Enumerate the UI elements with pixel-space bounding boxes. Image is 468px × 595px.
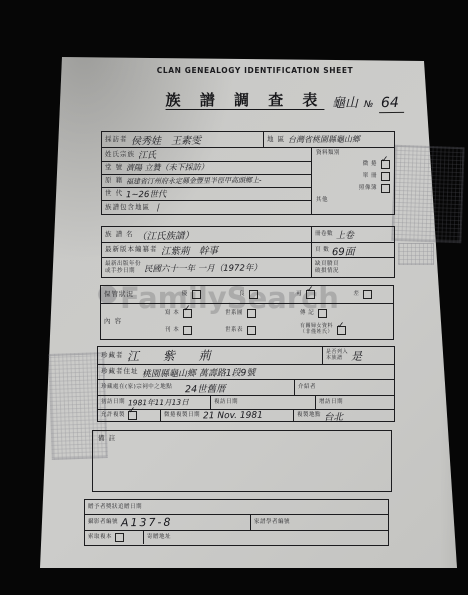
keeper-name-cell: 珍藏者 江 紫 荊	[98, 347, 322, 364]
origin-value: 福建省汀州府永定縣金豐里半徑甲高頭鄉上-	[126, 175, 262, 186]
included-label-line2: 本族譜	[326, 356, 348, 362]
keeper-location-value: 24世舊厝	[185, 380, 226, 394]
keeper-table: 珍藏者 江 紫 荊 是否列入 本族譜 是 珍藏者住址 桃園縣龜山鄉 萬壽路1段9…	[97, 346, 395, 422]
keeper-location-cell: 珍藏處在(家)宗祠中之地點 24世舊厝	[98, 380, 294, 395]
genealogy-title-value: （江氏族譜）	[137, 227, 194, 242]
coverage-label: 族譜包含地區	[105, 204, 150, 211]
sheet-no-value: 64	[379, 95, 404, 113]
area-value: 台灣省桃園縣龜山鄉	[288, 134, 360, 146]
checkmark-icon: ✓	[337, 321, 345, 331]
volumes-cell: 冊卷數 上卷	[312, 227, 394, 242]
compiler-value: 江紫荊 幹事	[160, 243, 217, 258]
biography-label: 傳 記	[300, 310, 314, 316]
copy-request-checkbox	[115, 533, 124, 542]
compiler-label: 最新版本編纂者	[105, 246, 158, 253]
coverage-value: 丨	[153, 201, 162, 214]
award-row: 贈予者獎狀追贈日期	[85, 500, 388, 514]
excellent-label: 優	[182, 291, 188, 297]
additional-visit-label: 增訪日期	[319, 399, 343, 405]
material-label: 資料類別	[316, 150, 390, 156]
condition-poor: 差	[353, 290, 372, 299]
filming-date-value: 21 Nov. 1981	[203, 410, 263, 421]
genealogy-title-label: 族 譜 名	[105, 231, 134, 238]
photo-album-label: 照像簿	[359, 185, 377, 191]
copy-request-cell: 索取複本	[85, 531, 143, 544]
remarks-box: 備 註	[92, 430, 392, 492]
volumes-label: 冊卷數	[315, 231, 333, 237]
area-cell: 地 區 台灣省桃園縣龜山鄉	[263, 132, 394, 147]
content-row: 內 容 寫 本 ✓ 世系圖 傳 記 刊 本	[101, 303, 393, 339]
permission-checkbox: ✓	[128, 411, 137, 420]
genealogy-title-cell: 族 譜 名 （江氏族譜）	[102, 227, 311, 242]
content-label-cell: 內 容	[101, 304, 161, 339]
revisit-label: 複訪日期	[214, 399, 238, 405]
checkmark-icon: ✓	[381, 155, 389, 165]
award-cell: 贈予者獎狀追贈日期	[85, 500, 388, 514]
condition-excellent: 優	[182, 290, 201, 299]
single-volume-checkbox	[381, 172, 390, 181]
interviewer-label: 採訪者	[105, 136, 128, 143]
coverage-cell: 族譜包含地區 丨	[102, 200, 311, 214]
hall-label: 堂 號	[105, 164, 123, 171]
keeper-location-label: 珍藏處在(家)宗祠中之地點	[101, 384, 172, 390]
photo-album-checkbox	[381, 184, 390, 193]
filming-row: 允許複製 ✓ 微捲複製日期 21 Nov. 1981 複製地點 台北	[98, 409, 394, 421]
filming-date-label: 微捲複製日期	[164, 412, 200, 418]
id-numbers-row: 攝影者編號 A137-8 家譜學者編號	[85, 514, 388, 530]
keeper-address-row: 珍藏者住址 桃園縣龜山鄉 萬壽路1段9號	[98, 364, 394, 379]
introducer-cell: 介紹者	[294, 380, 394, 395]
filming-place-label: 複製地點	[297, 412, 321, 418]
pages-value: 69面	[332, 242, 355, 257]
seal-stamp-right	[391, 145, 464, 243]
admin-table: 贈予者獎狀追贈日期 攝影者編號 A137-8 家譜學者編號 索取複本 寄贈地址	[84, 499, 389, 546]
other-label: 其他	[316, 197, 328, 203]
manuscript-option: 寫 本 ✓	[165, 309, 225, 318]
additional-visit-cell: 增訪日期	[315, 396, 394, 409]
hall-cell: 堂 號 濟陽 立贊（未下採訪）	[102, 161, 311, 174]
first-visit-label: 初訪日期	[101, 399, 125, 405]
copy-request-label: 索取複本	[88, 534, 112, 540]
pedigree-chart-checkbox	[247, 309, 256, 318]
pages-label: 頁 數	[315, 247, 329, 253]
keeper-name-label: 珍藏者	[101, 352, 124, 359]
condition-table: 保管狀況 優 良 可 ✓ 差	[100, 285, 394, 340]
clan-value: 江氏	[138, 148, 156, 161]
content-label: 內 容	[104, 318, 122, 325]
visit-dates-row: 初訪日期 1981年11月13日 複訪日期 增訪日期	[98, 395, 394, 409]
condition-row: 保管狀況 優 良 可 ✓ 差	[101, 286, 393, 303]
first-visit-cell: 初訪日期 1981年11月13日	[98, 396, 210, 409]
included-label: 是否列入 本族譜	[326, 350, 348, 362]
excellent-checkbox	[192, 290, 201, 299]
remarks-cell: 備 註	[93, 431, 391, 491]
sheet-place: 龜山	[332, 92, 358, 111]
genealogy-table: 族 譜 名 （江氏族譜） 最新版本編纂者 江紫荊 幹事 最新出版年份 或手抄日期…	[101, 226, 395, 278]
condition-label: 保管狀況	[104, 291, 134, 298]
checkmark-icon: ✓	[306, 285, 314, 295]
condition-options: 優 良 可 ✓ 差	[161, 286, 393, 303]
copy-request-row: 索取複本 寄贈地址	[85, 530, 388, 544]
material-type-cell: 資料類別 微 捲 ✓ 單 冊 照像簿 其他	[311, 148, 394, 214]
interviewer-cell: 採訪者 侯秀娃 王素雯	[102, 132, 263, 147]
keeper-name-value: 江 紫 荊	[126, 347, 220, 365]
condition-label-cell: 保管狀況	[101, 286, 161, 303]
volumes-value: 上卷	[336, 228, 354, 241]
women-records-label: 有關婦女資料 （非僅姓氏）	[300, 324, 333, 336]
pubdate-label-line2: 或手抄日期	[105, 268, 141, 274]
clan-label: 姓氏宗族	[105, 151, 135, 158]
photographer-label: 攝影者編號	[88, 519, 118, 525]
keeper-address-cell: 珍藏者住址 桃園縣龜山鄉 萬壽路1段9號	[98, 365, 394, 379]
biography-checkbox	[318, 309, 327, 318]
microfilm-label: 微 捲	[363, 161, 377, 167]
single-volume-label: 單 冊	[363, 173, 377, 179]
revisit-cell: 複訪日期	[210, 396, 315, 409]
fair-checkbox: ✓	[306, 290, 315, 299]
survey-table: 採訪者 侯秀娃 王素雯 地 區 台灣省桃園縣龜山鄉 姓氏宗族 江氏 堂 號 濟陽…	[101, 131, 395, 215]
good-checkbox	[249, 290, 258, 299]
seal-stamp-right-small	[398, 243, 434, 265]
printed-option: 刊 本	[165, 326, 225, 335]
women-records-checkbox: ✓	[337, 326, 346, 335]
checkmark-icon: ✓	[183, 304, 191, 314]
mailing-address-label: 寄贈地址	[147, 534, 171, 540]
survey-left-column: 姓氏宗族 江氏 堂 號 濟陽 立贊（未下採訪） 原 籍 福建省汀州府永定縣金豐里…	[102, 148, 311, 214]
condition-fair: 可 ✓	[296, 290, 315, 299]
women-records-label-line2: （非僅姓氏）	[300, 330, 333, 336]
genealogy-right-column: 冊卷數 上卷 頁 數 69面 缺頁賸頁 破損情況	[311, 227, 394, 277]
poor-checkbox	[363, 290, 372, 299]
printed-checkbox	[183, 326, 192, 335]
biography-option: 傳 記	[300, 309, 389, 318]
compiler-cell: 最新版本編纂者 江紫荊 幹事	[102, 242, 311, 257]
pedigree-chart-option: 世系圖	[225, 309, 300, 318]
filming-date-cell: 微捲複製日期 21 Nov. 1981	[160, 410, 293, 421]
english-title: CLAN GENEALOGY IDENTIFICATION SHEET	[60, 66, 450, 75]
sheet-number: 龜山 № 64	[332, 92, 404, 113]
hall-value: 濟陽 立贊（未下採訪）	[126, 162, 209, 174]
photographer-cell: 攝影者編號 A137-8	[85, 515, 250, 530]
generations-cell: 世 代 1~26世代	[102, 187, 311, 200]
award-label: 贈予者獎狀追贈日期	[88, 504, 142, 510]
introducer-label: 介紹者	[298, 384, 316, 390]
clan-cell: 姓氏宗族 江氏	[102, 148, 311, 161]
pedigree-chart-label: 世系圖	[225, 310, 243, 316]
filming-place-cell: 複製地點 台北	[293, 410, 394, 421]
interviewer-value: 侯秀娃 王素雯	[130, 132, 200, 148]
permission-cell: 允許複製 ✓	[98, 410, 160, 421]
keeper-location-row: 珍藏處在(家)宗祠中之地點 24世舊厝 介紹者	[98, 379, 394, 395]
filming-place-value: 台北	[324, 408, 343, 422]
mailing-address-cell: 寄贈地址	[143, 531, 388, 544]
good-label: 良	[239, 291, 245, 297]
missing-pages-cell: 缺頁賸頁 破損情況	[312, 257, 394, 277]
printed-label: 刊 本	[165, 327, 179, 333]
pubdate-cell: 最新出版年份 或手抄日期 民國六十一年 一月（1972年）	[102, 257, 311, 277]
scholar-label: 家譜學者編號	[254, 519, 290, 525]
pubdate-value: 民國六十一年 一月（1972年）	[144, 261, 262, 274]
microfilm-checkbox: ✓	[381, 160, 390, 169]
origin-label: 原 籍	[105, 177, 123, 184]
scanned-genealogy-sheet: FamilySearch CLAN GENEALOGY IDENTIFICATI…	[0, 0, 468, 595]
included-cell: 是否列入 本族譜 是	[322, 347, 394, 364]
women-records-option: 有關婦女資料 （非僅姓氏） ✓	[300, 324, 389, 336]
pedigree-table-label: 世系表	[225, 327, 243, 333]
scholar-cell: 家譜學者編號	[250, 515, 388, 530]
generations-value: 1~26世代	[126, 188, 166, 200]
generations-label: 世 代	[105, 190, 123, 197]
pedigree-table-option: 世系表	[225, 326, 300, 335]
condition-good: 良	[239, 290, 258, 299]
permission-label: 允許複製	[101, 412, 125, 418]
fair-label: 可	[296, 291, 302, 297]
first-visit-value: 1981年11月13日	[128, 397, 189, 409]
content-options: 寫 本 ✓ 世系圖 傳 記 刊 本 世系表	[161, 305, 393, 339]
manuscript-checkbox: ✓	[183, 309, 192, 318]
photographer-value: A137-8	[121, 516, 173, 530]
pages-cell: 頁 數 69面	[312, 242, 394, 257]
area-label: 地 區	[267, 136, 285, 143]
origin-cell: 原 籍 福建省汀州府永定縣金豐里半徑甲高頭鄉上-	[102, 174, 311, 187]
manuscript-label: 寫 本	[165, 310, 179, 316]
keeper-name-row: 珍藏者 江 紫 荊 是否列入 本族譜 是	[98, 347, 394, 364]
remarks-label: 備 註	[98, 435, 116, 442]
sheet-no-label: №	[364, 100, 373, 110]
missing-label-line2: 破損情況	[315, 268, 339, 274]
pubdate-label: 最新出版年份 或手抄日期	[105, 261, 141, 274]
poor-label: 差	[353, 291, 359, 297]
genealogy-left-column: 族 譜 名 （江氏族譜） 最新版本編纂者 江紫荊 幹事 最新出版年份 或手抄日期…	[102, 227, 311, 277]
keeper-address-value: 桃園縣龜山鄉 萬壽路1段9號	[141, 365, 254, 379]
included-value: 是	[351, 347, 362, 363]
pedigree-table-checkbox	[247, 326, 256, 335]
keeper-address-label: 珍藏者住址	[101, 368, 139, 375]
missing-pages-label: 缺頁賸頁 破損情況	[315, 261, 339, 274]
checkmark-icon: ✓	[128, 406, 136, 416]
